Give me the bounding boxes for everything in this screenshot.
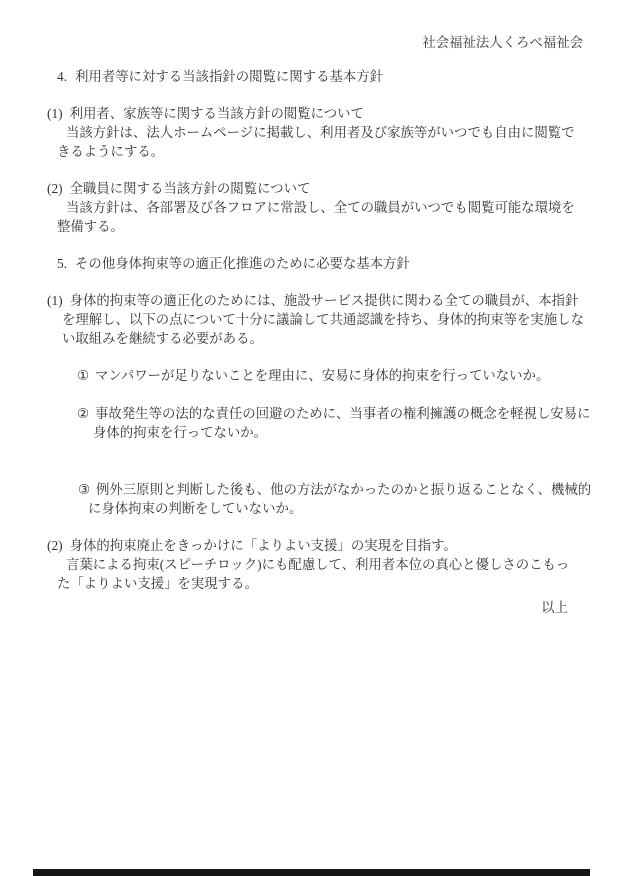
page-header-org: 社会福祉法人くろべ福祉会 <box>422 35 583 52</box>
s5-check1-text: マンパワーが足りないことを理由に、安易に身体的拘束を行っていないか。 <box>95 368 549 383</box>
section-4-number: 4. <box>57 69 67 84</box>
s5-check1-line: ①マンパワーが足りないことを理由に、安易に身体的拘束を行っていないか。 <box>77 368 549 385</box>
s4-item2-body-line1: 当該方針は、各部署及び各フロアに常設し、全ての職員がいつでも閲覧可能な環境を <box>66 200 575 217</box>
circled-1-icon: ① <box>77 368 89 383</box>
scan-edge-artifact <box>33 869 590 876</box>
s4-item2-title-line: (2)全職員に関する当該方針の閲覧について <box>47 181 310 198</box>
s5-check2-text: 事故発生等の法的な責任の回避のために、当事者の権利擁護の概念を軽視し安易に <box>95 406 590 421</box>
s5-item1-body-line3: い取組みを継続する必要がある。 <box>62 331 263 348</box>
section-5-heading: 5.その他身体拘束等の適正化推進のために必要な基本方針 <box>57 256 410 273</box>
section-4-heading: 4.利用者等に対する当該指針の閲覧に関する基本方針 <box>57 69 383 86</box>
s5-item2-label: (2) <box>47 538 63 553</box>
s4-item1-body-line1: 当該方針は、法人ホームページに掲載し、利用者及び家族等がいつでも自由に閲覧で <box>66 125 575 142</box>
document-page: 社会福祉法人くろべ福祉会 4.利用者等に対する当該指針の閲覧に関する基本方針 (… <box>0 0 620 876</box>
s4-item1-body-line2: きるようにする。 <box>57 144 164 161</box>
s5-check3-text: 例外三原則と判断した後も、他の方法がなかったのかと振り返ることなく、機械的 <box>96 482 591 497</box>
s5-item2-title-line: (2)身体的拘束廃止をきっかけに「よりよい支援」の実現を目指す。 <box>47 538 457 555</box>
s5-item2-body-line1: 言葉による拘束(スピーチロック)にも配慮して、利用者本位の真心と優しさのこもっ <box>66 557 569 574</box>
s5-item1-body1: 身体的拘束等の適正化のためには、施設サービス提供に関わる全ての職員が、本指針 <box>70 293 579 308</box>
section-5-title: その他身体拘束等の適正化推進のために必要な基本方針 <box>75 256 410 271</box>
s5-check2-line1: ②事故発生等の法的な責任の回避のために、当事者の権利擁護の概念を軽視し安易に <box>77 406 590 423</box>
s5-check3-line1: ③例外三原則と判断した後も、他の方法がなかったのかと振り返ることなく、機械的 <box>78 482 591 499</box>
s4-item1-title: 利用者、家族等に関する当該方針の閲覧について <box>70 106 364 121</box>
s5-item1-line1: (1)身体的拘束等の適正化のためには、施設サービス提供に関わる全ての職員が、本指… <box>47 293 578 310</box>
s5-item2-title: 身体的拘束廃止をきっかけに「よりよい支援」の実現を目指す。 <box>70 538 457 553</box>
section-4-title: 利用者等に対する当該指針の閲覧に関する基本方針 <box>75 69 383 84</box>
s4-item1-title-line: (1)利用者、家族等に関する当該方針の閲覧について <box>47 106 364 123</box>
s4-item2-title: 全職員に関する当該方針の閲覧について <box>70 181 311 196</box>
s4-item2-label: (2) <box>47 181 63 196</box>
s5-check3-line2: に身体拘束の判断をしていないか。 <box>88 501 302 518</box>
s4-item1-label: (1) <box>47 106 63 121</box>
section-5-number: 5. <box>57 256 67 271</box>
s5-check2-line2: 身体的拘束を行ってないか。 <box>93 425 267 442</box>
circled-2-icon: ② <box>77 406 89 421</box>
s4-item2-body-line2: 整備する。 <box>57 219 124 236</box>
circled-3-icon: ③ <box>78 482 90 497</box>
s5-item2-body-line2: た「よりよい支援」を実現する。 <box>57 576 258 593</box>
closing-mark: 以上 <box>541 600 568 617</box>
s5-item1-label: (1) <box>47 293 63 308</box>
s5-item1-body-line2: を理解し、以下の点について十分に議論して共通認識を持ち、身体的拘束等を実施しな <box>62 312 584 329</box>
